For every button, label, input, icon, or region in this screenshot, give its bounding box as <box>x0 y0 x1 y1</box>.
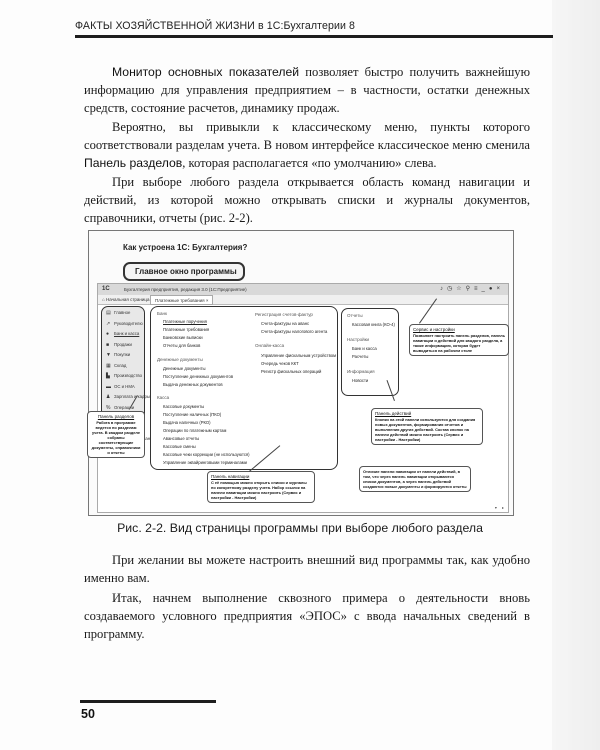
section-icon: ▦ <box>106 363 111 369</box>
section-item: ▦Склад <box>106 363 126 369</box>
nav-link: Управление эквайринговыми терминалами <box>163 460 247 465</box>
callout-body: Отличие панели навигации от панели дейст… <box>363 469 467 489</box>
nav-link: Поступление денежных документов <box>163 374 233 379</box>
navigation-panel: Банк Платежные поручения Платежные требо… <box>150 306 338 470</box>
callout-body: Работа в программе ведется по разделам у… <box>92 420 141 455</box>
section-icon: % <box>106 405 111 411</box>
section-item: ▤Главное <box>106 310 130 316</box>
action-link: Расчеты <box>352 354 368 359</box>
callout-sections-panel: Панель разделов Работа в программе ведет… <box>87 411 145 458</box>
actions-panel: Отчеты Кассовая книга (КО-4) Настройки Б… <box>341 308 399 396</box>
window-title: Бухгалтерия предприятия, редакция 3.0 (1… <box>124 284 247 295</box>
section-item: ●Банк и касса <box>106 331 139 337</box>
minimize-icon: _ <box>482 286 489 292</box>
action-group-header: Настройки <box>347 337 369 342</box>
section-item: ♟Зарплата и кадры <box>106 394 150 400</box>
section-item: ▼Покупки <box>106 352 130 358</box>
callout-body: Кнопки на этой панели используются для с… <box>375 417 475 442</box>
nav-link: Очередь чеков ККТ <box>261 361 299 366</box>
nav-group-header: Регистрация счетов-фактур <box>255 312 313 317</box>
nav-link: Отчеты для банков <box>163 343 200 348</box>
nav-link: Платежные требования <box>163 327 209 332</box>
action-link: Кассовая книга (КО-4) <box>352 322 395 327</box>
nav-link: Кассовые чеки коррекции (не используются… <box>163 452 250 457</box>
action-group-header: Информация <box>347 369 375 374</box>
section-icon: ♟ <box>106 394 111 400</box>
nav-link: Авансовые отчеты <box>163 436 199 441</box>
nav-link: Кассовые документы <box>163 404 204 409</box>
paragraph-2-text: Вероятно, вы привыкли к классическому ме… <box>84 120 530 152</box>
page-edge-shadow <box>552 0 600 750</box>
callout-body: Позволяет настроить панель разделов, пан… <box>413 333 505 353</box>
paragraph-3: При выборе любого раздела открывается об… <box>84 173 530 227</box>
paragraph-2-text-end: , которая располагается «по умолчанию» с… <box>182 156 436 170</box>
nav-link: Денежные документы <box>163 366 206 371</box>
section-icon: ▤ <box>106 310 111 316</box>
section-label: Зарплата и кадры <box>114 394 150 399</box>
section-item: ▬ОС и НМА <box>106 384 135 390</box>
figure-caption: Рис. 2-2. Вид страницы программы при выб… <box>0 521 600 535</box>
action-link: Новости <box>352 378 368 383</box>
callout-body: С её помощью можно открыть списки и журн… <box>211 480 307 500</box>
search-icon: ⚲ <box>466 286 474 292</box>
section-label: Главное <box>114 310 130 315</box>
nav-group-header: Онлайн-касса <box>255 343 284 348</box>
section-label: Продажи <box>114 342 132 347</box>
window-titlebar: 1С Бухгалтерия предприятия, редакция 3.0… <box>98 284 508 295</box>
section-icon: ■ <box>106 342 111 348</box>
figure-title: Как устроена 1С: Бухгалтерия? <box>123 243 247 252</box>
figure-2-2: Как устроена 1С: Бухгалтерия? Главное ок… <box>88 230 514 516</box>
section-label: Склад <box>114 363 126 368</box>
term-sections-panel: Панель разделов <box>84 156 182 170</box>
tab-home-label: Начальная страница <box>106 297 150 302</box>
history-icon: ◷ <box>447 286 456 292</box>
nav-group-header: Касса <box>157 395 169 400</box>
bell-icon: ♪ <box>440 286 447 292</box>
nav-link: Счета-фактуры налогового агента <box>261 329 327 334</box>
section-label: Покупки <box>114 352 130 357</box>
tab-home: ⌂ Начальная страница <box>102 295 150 304</box>
section-icon: ▬ <box>106 384 111 390</box>
section-icon: ▙ <box>106 373 111 379</box>
callout-navigation-panel: Панель навигации С её помощью можно откр… <box>207 471 315 503</box>
nav-group-header: Денежные документы <box>157 357 203 362</box>
nav-link: Выдача денежных документов <box>163 382 223 387</box>
section-icon: ↗ <box>106 321 111 327</box>
callout-title: Сервис и настройки <box>413 327 505 332</box>
nav-link: Поступление наличных (ПКО) <box>163 412 221 417</box>
section-label: Руководителю <box>114 321 143 326</box>
section-icon: ● <box>106 331 111 337</box>
callout-service-settings: Сервис и настройки Позволяет настроить п… <box>409 324 509 356</box>
nav-link: Платежные поручения <box>163 319 207 324</box>
paragraph-5: Итак, начнем выполнение сквозного пример… <box>84 589 530 643</box>
callout-title: Панель действий <box>375 411 479 416</box>
paragraph-2: Вероятно, вы привыкли к классическому ме… <box>84 118 530 172</box>
paragraph-4: При желании вы можете настроить внешний … <box>84 551 530 587</box>
nav-link: Операции по платежным картам <box>163 428 226 433</box>
section-icon: ▼ <box>106 352 111 358</box>
window-toolbar-icons: ♪◷☆⚲≡_●× <box>440 284 504 295</box>
close-icon: × <box>496 286 504 292</box>
action-group-header: Отчеты <box>347 313 363 318</box>
section-item: ▙Производство <box>106 373 142 379</box>
window-tabs: ⌂ Начальная страница Платежные требовани… <box>98 295 508 305</box>
action-link: Банк и касса <box>352 346 377 351</box>
running-head: ФАКТЫ ХОЗЯЙСТВЕННОЙ ЖИЗНИ в 1С:Бухгалтер… <box>75 20 553 32</box>
nav-link: Управление фискальным устройством <box>261 353 336 358</box>
paragraph-1: Монитор основных показателей позволяет б… <box>84 63 530 117</box>
footer-rule <box>80 700 216 703</box>
nav-link: Выдача наличных (РКО) <box>163 420 211 425</box>
callout-title: Панель разделов <box>91 414 141 419</box>
nav-link: Банковские выписки <box>163 335 203 340</box>
app-logo: 1С <box>102 284 110 295</box>
section-item: ↗Руководителю <box>106 321 143 327</box>
scroll-arrows: ▾ ▸ <box>495 505 506 510</box>
callout-navigation-vs-actions: Отличие панели навигации от панели дейст… <box>359 466 471 492</box>
section-label: ОС и НМА <box>114 384 135 389</box>
term-monitor: Монитор основных показателей <box>112 65 299 79</box>
star-icon: ☆ <box>456 286 465 292</box>
figure-pill-label: Главное окно программы <box>123 262 245 281</box>
page-number: 50 <box>81 707 95 721</box>
nav-group-header: Банк <box>157 311 167 316</box>
nav-link: Счета-фактуры на аванс <box>261 321 309 326</box>
callout-actions-panel: Панель действий Кнопки на этой панели ис… <box>371 408 483 445</box>
section-label: Производство <box>114 373 142 378</box>
header-rule <box>75 35 553 38</box>
service-icon: ≡ <box>474 286 482 292</box>
section-label: Банк и касса <box>114 331 139 336</box>
callout-title: Панель навигации <box>211 474 311 479</box>
tab-open-document: Платежные требования × <box>150 295 213 305</box>
nav-link: Кассовые смены <box>163 444 196 449</box>
section-item: ■Продажи <box>106 342 132 348</box>
nav-link: Регистр фискальных операций <box>261 369 321 374</box>
